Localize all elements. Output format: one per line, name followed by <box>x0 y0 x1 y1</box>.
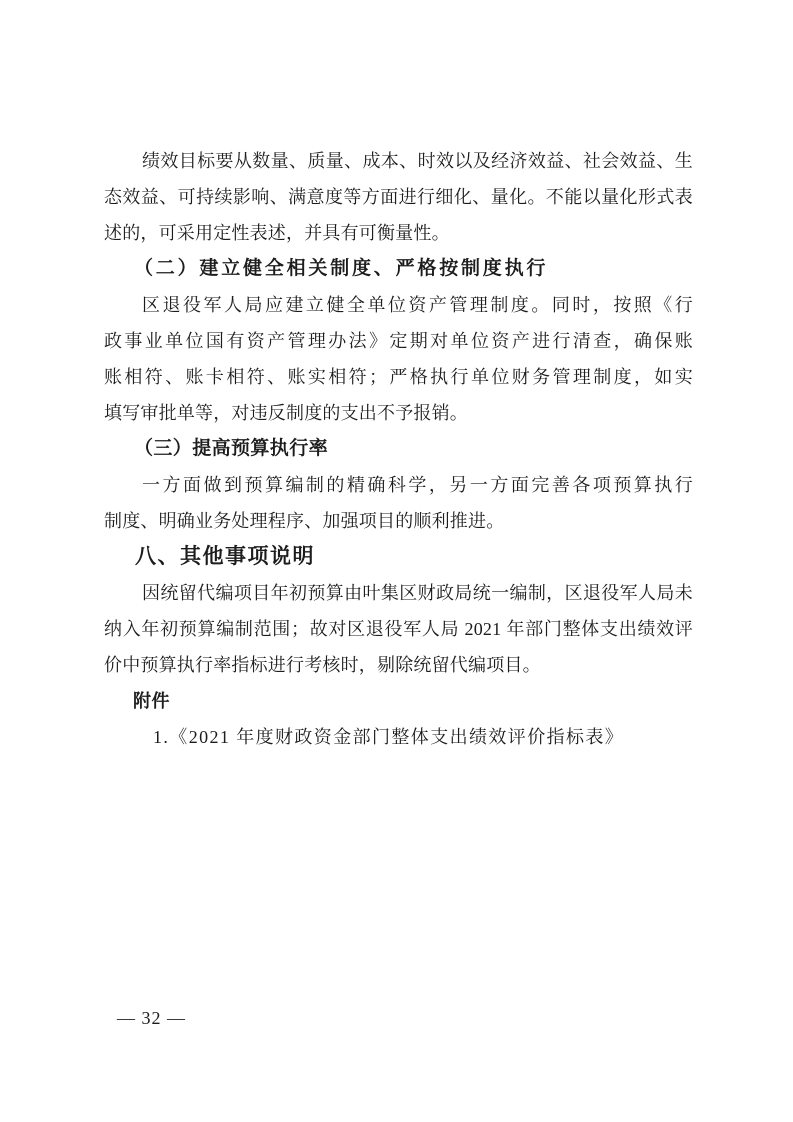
text-line: 一方面做到预算编制的精确科学，另一方面完善各项预算执行 <box>104 467 693 503</box>
text-line: （三）提高预算执行率 <box>104 431 693 467</box>
para-other-notes: 因统留代编项目年初预算由叶集区财政局统一编制，区退役军人局未纳入年初预算编制范围… <box>104 575 693 683</box>
text-line: 态效益、可持续影响、满意度等方面进行细化、量化。不能以量化形式表 <box>104 179 693 215</box>
text-line: 纳入年初预算编制范围；故对区退役军人局 2021 年部门整体支出绩效评 <box>104 611 693 647</box>
text-line: 绩效目标要从数量、质量、成本、时效以及经济效益、社会效益、生 <box>104 143 693 179</box>
attachments-label: 附件 <box>104 683 693 719</box>
text-line: 因统留代编项目年初预算由叶集区财政局统一编制，区退役军人局未 <box>104 575 693 611</box>
attachment-item-1: 1.《2021 年度财政资金部门整体支出绩效评价指标表》 <box>104 719 693 755</box>
heading-section-8: 八、其他事项说明 <box>104 539 693 575</box>
text-line: 政事业单位国有资产管理办法》定期对单位资产进行清查，确保账 <box>104 323 693 359</box>
document-page: 绩效目标要从数量、质量、成本、时效以及经济效益、社会效益、生态效益、可持续影响、… <box>0 0 793 1122</box>
text-line: 八、其他事项说明 <box>104 539 693 575</box>
text-line: 区退役军人局应建立健全单位资产管理制度。同时，按照《行 <box>104 287 693 323</box>
page-number: — 32 — <box>117 1008 186 1028</box>
text-line: 价中预算执行率指标进行考核时，剔除统留代编项目。 <box>104 647 693 683</box>
text-line: 账相符、账卡相符、账实相符；严格执行单位财务管理制度，如实 <box>104 359 693 395</box>
heading-section-2: （二）建立健全相关制度、严格按制度执行 <box>104 251 693 287</box>
text-line: 附件 <box>104 683 693 719</box>
para-budget-execution: 一方面做到预算编制的精确科学，另一方面完善各项预算执行制度、明确业务处理程序、加… <box>104 467 693 539</box>
text-line: （二）建立健全相关制度、严格按制度执行 <box>104 251 693 287</box>
heading-section-3: （三）提高预算执行率 <box>104 431 693 467</box>
para-asset-management: 区退役军人局应建立健全单位资产管理制度。同时，按照《行政事业单位国有资产管理办法… <box>104 287 693 431</box>
text-line: 1.《2021 年度财政资金部门整体支出绩效评价指标表》 <box>104 719 693 755</box>
para-performance-targets: 绩效目标要从数量、质量、成本、时效以及经济效益、社会效益、生态效益、可持续影响、… <box>104 143 693 251</box>
document-body: 绩效目标要从数量、质量、成本、时效以及经济效益、社会效益、生态效益、可持续影响、… <box>104 143 693 755</box>
text-line: 制度、明确业务处理程序、加强项目的顺利推进。 <box>104 503 693 539</box>
text-line: 述的，可采用定性表述，并具有可衡量性。 <box>104 215 693 251</box>
text-line: 填写审批单等，对违反制度的支出不予报销。 <box>104 395 693 431</box>
page-footer: — 32 — <box>117 1005 186 1031</box>
